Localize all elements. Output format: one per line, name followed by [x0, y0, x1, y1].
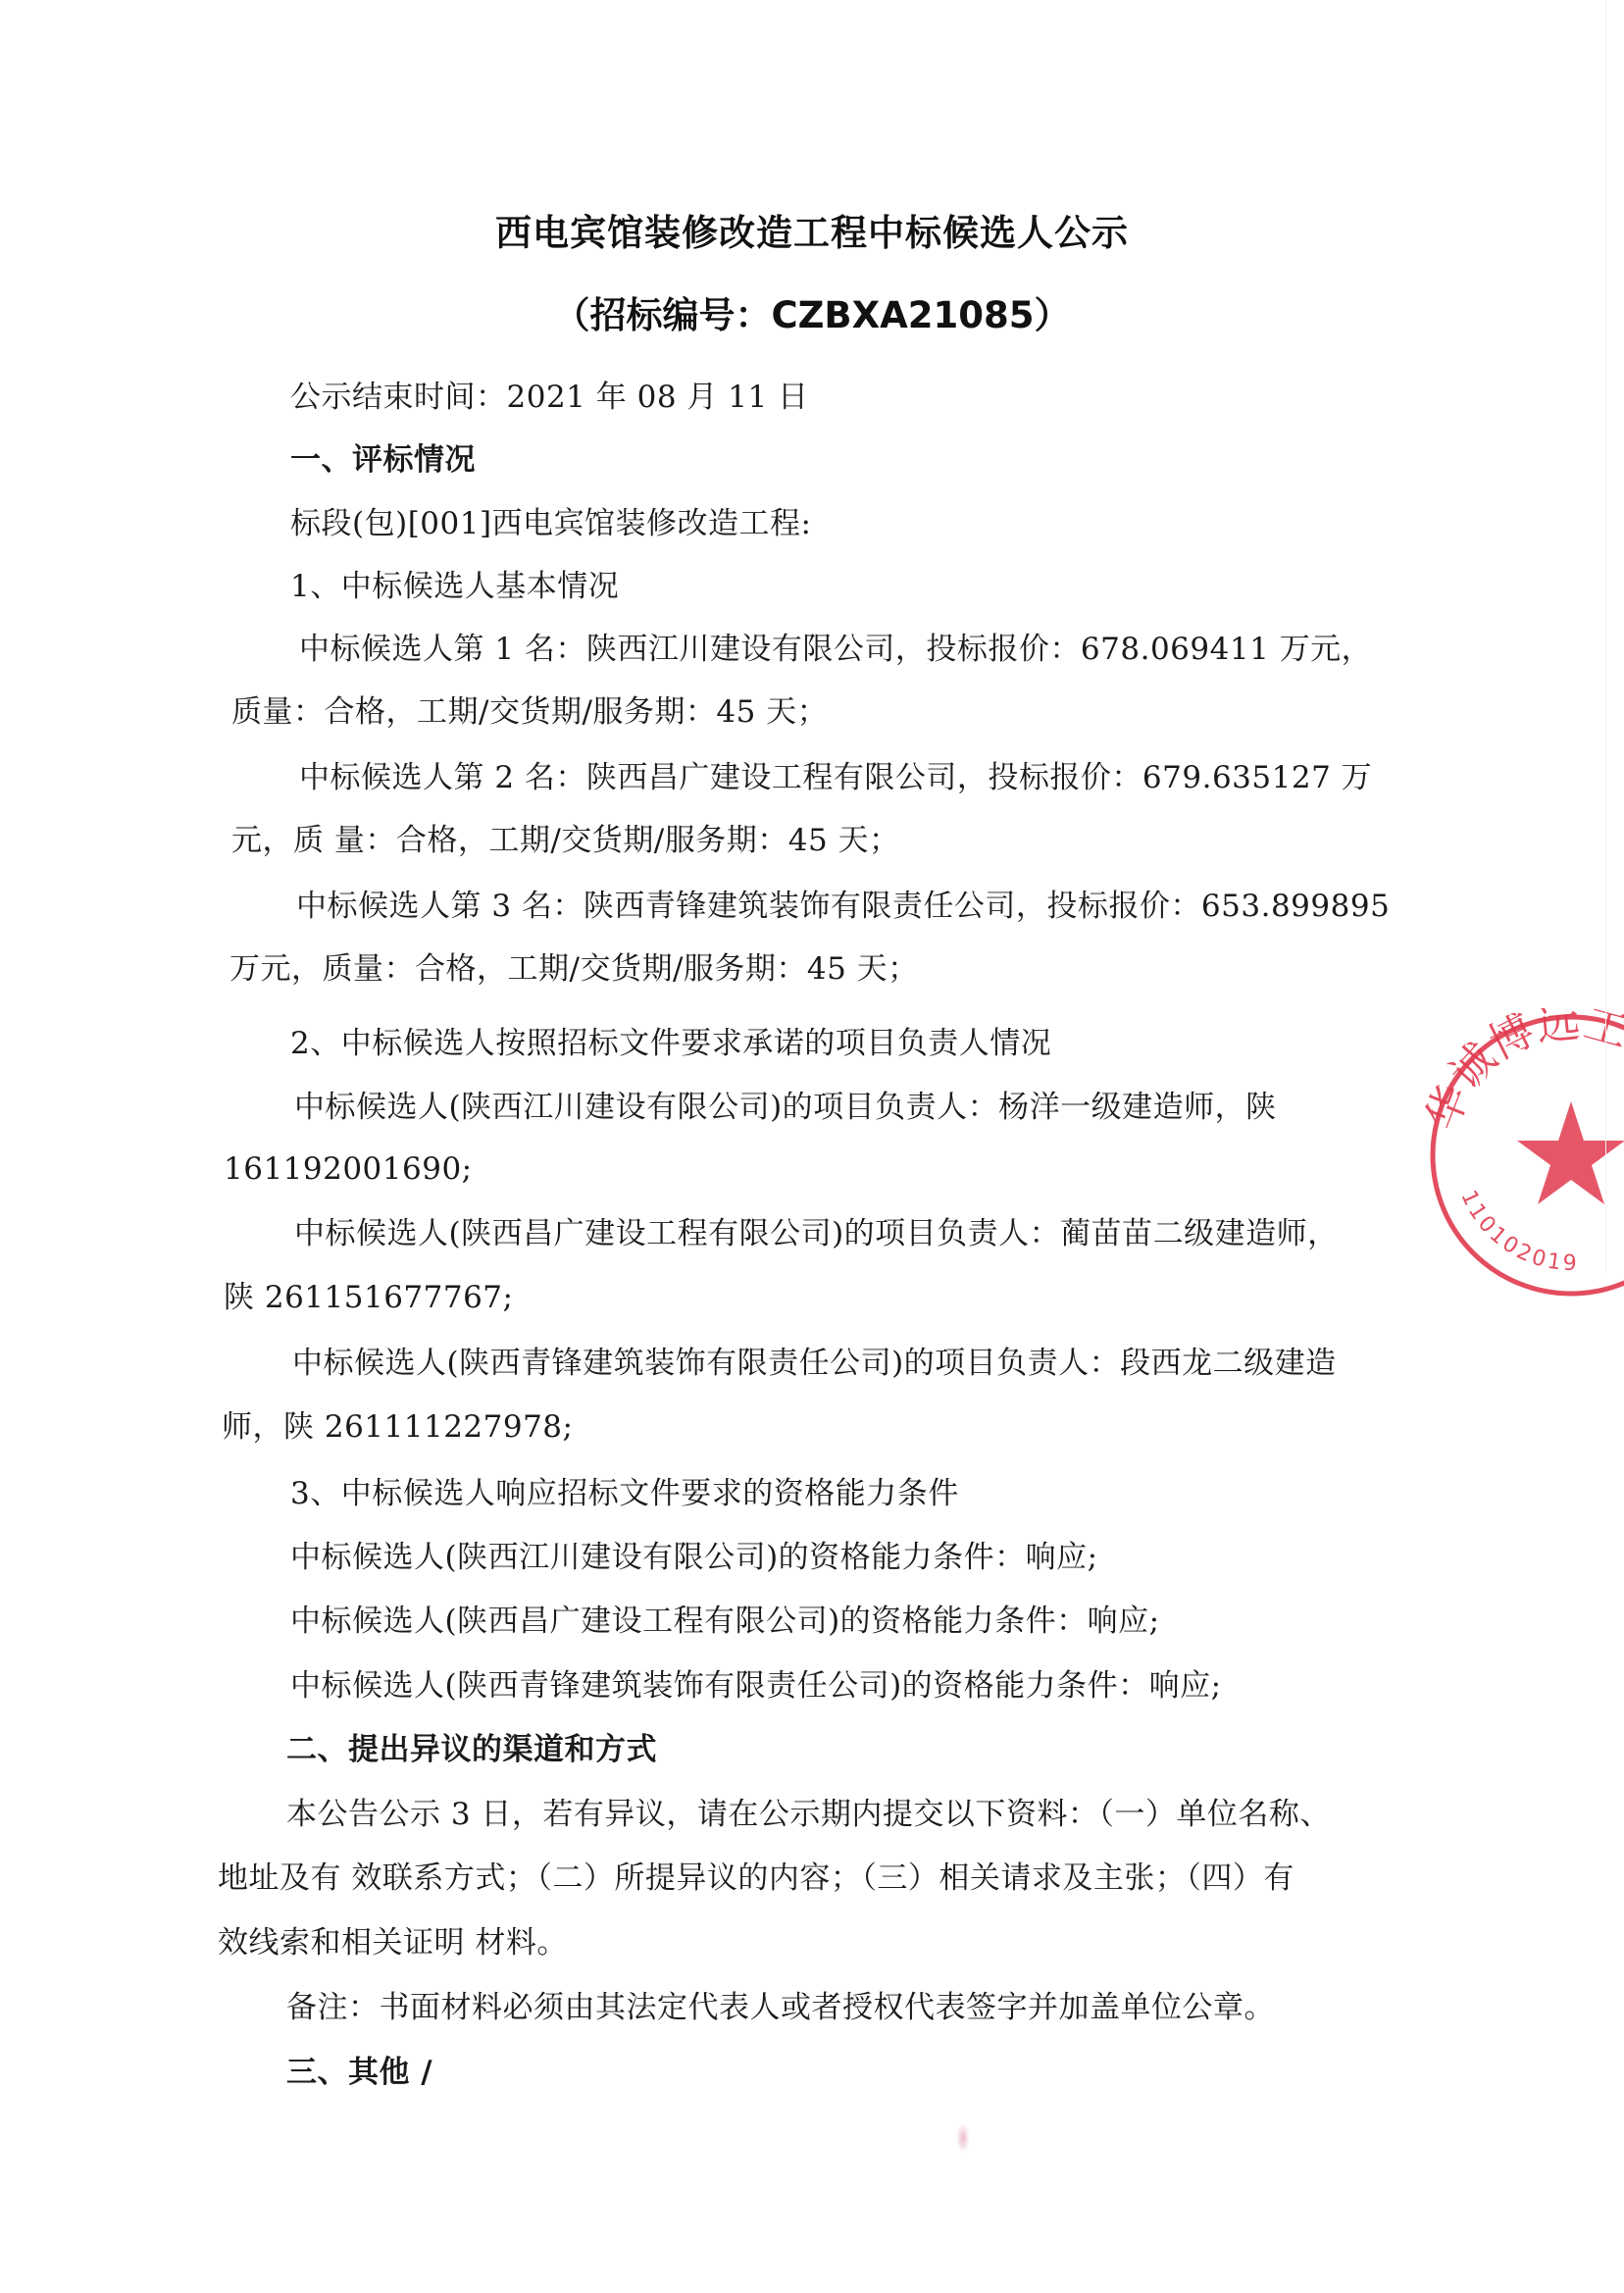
objection-para-line-2: 地址及有 效联系方式；（二）所提异议的内容；（三）相关请求及主张；（四）有 [218, 1859, 1294, 1898]
announcement-end-time: 公示结束时间：2021 年 08 月 11 日 [290, 378, 809, 417]
manager-3-line-2: 师，陕 261111227978; [222, 1407, 573, 1447]
manager-1-line-2: 161192001690; [224, 1149, 473, 1189]
svg-text:华诚博远工程: 华诚博远工程 [1424, 1008, 1624, 1137]
qualification-response-1: 中标候选人(陕西江川建设有限公司)的资格能力条件：响应; [290, 1538, 1098, 1577]
document-page: 西电宾馆装修改造工程中标候选人公示 （招标编号：CZBXA21085） 公示结束… [0, 0, 1624, 2293]
manager-3-line-1: 中标候选人(陕西青锋建筑装饰有限责任公司)的项目负责人：段西龙二级建造 [292, 1344, 1337, 1383]
candidate-3-line-1: 中标候选人第 3 名：陕西青锋建筑装饰有限责任公司，投标报价：653.89989… [296, 887, 1390, 926]
section-1-heading: 一、评标情况 [290, 440, 476, 480]
note-line: 备注：书面材料必须由其法定代表人或者授权代表签字并加盖单位公章。 [286, 1988, 1275, 2027]
candidate-3-line-2: 万元，质量：合格，工期/交货期/服务期：45 天； [229, 949, 919, 989]
lot-line: 标段(包)[001]西电宾馆装修改造工程: [290, 504, 812, 543]
company-seal: 华诚博远工程 110102019 [1424, 1008, 1624, 1302]
manager-2-line-1: 中标候选人(陕西昌广建设工程有限公司)的项目负责人：蔺苗苗二级建造师， [294, 1214, 1339, 1253]
seal-text: 华诚博远工程 [1424, 1008, 1624, 1137]
document-title: 西电宾馆装修改造工程中标候选人公示 [0, 210, 1624, 257]
candidate-2-line-2: 元，质 量：合格，工期/交货期/服务期：45 天； [231, 821, 900, 860]
subsection-1-heading: 1、中标候选人基本情况 [290, 567, 619, 606]
ink-smudge [956, 2123, 970, 2153]
manager-2-line-2: 陕 261151677767; [224, 1278, 513, 1317]
scan-edge [1605, 0, 1606, 1275]
qualification-response-3: 中标候选人(陕西青锋建筑装饰有限责任公司)的资格能力条件：响应; [290, 1666, 1222, 1706]
section-2-heading: 二、提出异议的渠道和方式 [286, 1730, 657, 1769]
subsection-2-heading: 2、中标候选人按照招标文件要求承诺的项目负责人情况 [290, 1024, 1051, 1063]
objection-para-line-3: 效线索和相关证明 材料。 [218, 1923, 568, 1962]
seal-graphic: 华诚博远工程 110102019 [1424, 1008, 1624, 1302]
candidate-1-line-1: 中标候选人第 1 名：陕西江川建设有限公司，投标报价：678.069411 万元… [299, 630, 1372, 669]
subsection-3-heading: 3、中标候选人响应招标文件要求的资格能力条件 [290, 1474, 959, 1513]
manager-1-line-1: 中标候选人(陕西江川建设有限公司)的项目负责人：杨洋一级建造师，陕 [294, 1088, 1277, 1127]
candidate-2-line-1: 中标候选人第 2 名：陕西昌广建设工程有限公司，投标报价：679.635127 … [299, 758, 1372, 797]
tender-number: （招标编号：CZBXA21085） [0, 292, 1624, 339]
section-3-heading: 三、其他 / [286, 2053, 432, 2092]
candidate-1-line-2: 质量：合格，工期/交货期/服务期：45 天； [231, 692, 828, 732]
star-icon [1517, 1101, 1624, 1204]
qualification-response-2: 中标候选人(陕西昌广建设工程有限公司)的资格能力条件：响应; [290, 1602, 1160, 1641]
seal-number: 110102019 [1455, 1187, 1579, 1276]
svg-text:110102019: 110102019 [1455, 1187, 1579, 1276]
objection-para-line-1: 本公告公示 3 日，若有异议，请在公示期内提交以下资料：（一）单位名称、 [286, 1795, 1331, 1834]
